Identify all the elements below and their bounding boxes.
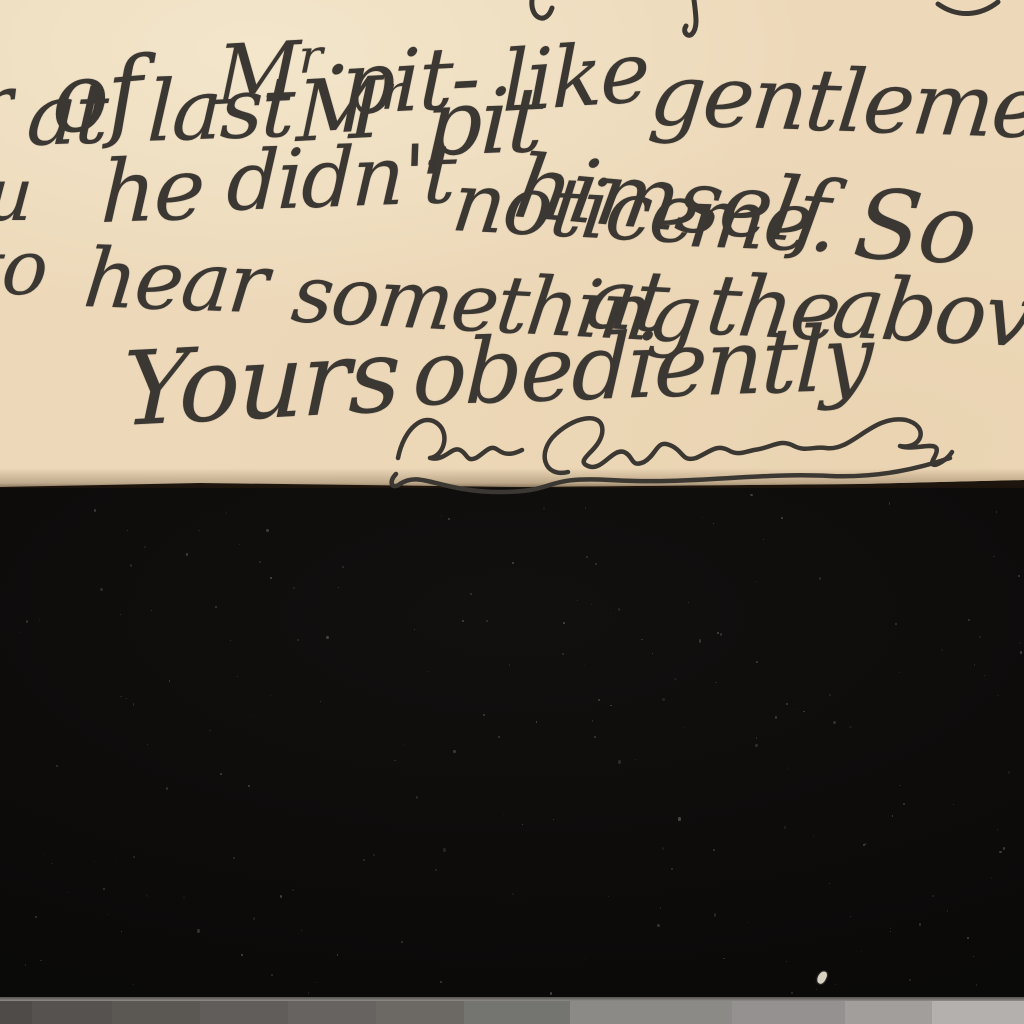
velvet-texture-speck — [585, 958, 586, 959]
velvet-texture-speck — [932, 895, 934, 897]
velvet-texture-speck — [337, 954, 338, 955]
velvet-texture-speck — [550, 992, 552, 995]
velvet-texture-speck — [973, 956, 974, 957]
velvet-texture-speck — [253, 917, 255, 920]
velvet-texture-speck — [543, 507, 545, 510]
velvet-texture-speck — [121, 931, 122, 932]
velvet-texture-speck — [470, 593, 472, 595]
velvet-texture-speck — [132, 984, 133, 985]
velvet-texture-speck — [657, 924, 659, 927]
velvet-texture-speck — [586, 556, 588, 558]
velvet-texture-speck — [997, 695, 999, 697]
velvet-texture-speck — [292, 889, 293, 891]
velvet-texture-speck — [197, 929, 199, 932]
velvet-texture-speck — [108, 914, 110, 915]
velvet-texture-speck — [608, 896, 609, 897]
velvet-texture-speck — [702, 517, 703, 519]
velvet-texture-speck — [486, 620, 488, 622]
velvet-texture-speck — [953, 804, 954, 805]
velvet-texture-speck — [453, 750, 456, 753]
velvet-texture-speck — [699, 639, 701, 642]
velvet-texture-speck — [797, 709, 798, 710]
velvet-texture-speck — [974, 664, 975, 666]
velvet-texture-speck — [584, 664, 585, 665]
velvet-texture-speck — [919, 923, 922, 927]
velvet-texture-speck — [441, 515, 443, 517]
gray-step — [112, 1001, 200, 1024]
velvet-texture-speck — [338, 587, 339, 588]
velvet-texture-speck — [67, 892, 69, 893]
velvet-texture-speck — [577, 600, 578, 602]
velvet-texture-speck — [215, 606, 217, 608]
velvet-texture-speck — [266, 529, 268, 532]
velvet-texture-speck — [443, 848, 445, 851]
velvet-texture-speck — [833, 721, 835, 724]
velvet-texture-speck — [308, 992, 309, 994]
handwriting-word: notice — [448, 162, 701, 256]
velvet-texture-speck — [999, 851, 1001, 853]
velvet-texture-speck — [813, 836, 815, 837]
velvet-texture-speck — [435, 869, 437, 870]
velvet-texture-speck — [1003, 847, 1005, 849]
handwriting-word: Yours — [122, 325, 400, 442]
velvet-texture-speck — [652, 653, 654, 655]
velvet-texture-speck — [947, 910, 949, 912]
velvet-texture-speck — [147, 744, 148, 745]
velvet-texture-speck — [342, 566, 344, 568]
velvet-texture-speck — [662, 847, 664, 849]
velvet-texture-speck — [414, 629, 415, 630]
velvet-texture-speck — [363, 859, 365, 861]
velvet-texture-speck — [717, 632, 719, 634]
velvet-texture-speck — [903, 803, 905, 805]
velvet-texture-speck — [750, 494, 752, 496]
velvet-texture-speck — [747, 922, 748, 923]
velvet-texture-speck — [585, 507, 586, 509]
gray-step — [932, 1001, 1024, 1024]
velvet-texture-speck — [20, 632, 21, 633]
velvet-texture-speck — [803, 711, 805, 712]
velvet-texture-speck — [416, 796, 418, 799]
handwriting-word: gentlemen — [646, 52, 1024, 153]
velvet-texture-speck — [503, 814, 504, 816]
velvet-texture-speck — [592, 720, 594, 722]
velvet-texture-speck — [713, 849, 714, 851]
velvet-texture-speck — [684, 727, 685, 729]
velvet-texture-speck — [849, 726, 851, 728]
velvet-texture-speck — [618, 608, 620, 610]
velvet-texture-speck — [618, 760, 620, 763]
velvet-texture-speck — [130, 564, 132, 566]
velvet-texture-speck — [401, 941, 403, 943]
velvet-texture-speck — [835, 984, 836, 985]
handwriting-word: r — [0, 65, 14, 148]
velvet-texture-speck — [103, 888, 105, 890]
velvet-texture-speck — [536, 721, 537, 722]
velvet-texture-speck — [720, 633, 722, 636]
velvet-texture-speck — [993, 556, 995, 557]
velvet-texture-speck — [1008, 771, 1011, 774]
handwriting-word: me. — [684, 178, 839, 265]
velvet-texture-speck — [440, 981, 441, 983]
velvet-texture-speck — [786, 961, 787, 962]
velvet-texture-speck — [394, 760, 396, 761]
velvet-texture-speck — [35, 916, 37, 918]
velvet-texture-speck — [94, 861, 95, 862]
velvet-texture-speck — [755, 581, 756, 582]
velvet-texture-speck — [116, 858, 117, 859]
gray-step — [32, 1001, 112, 1024]
velvet-texture-speck — [714, 913, 716, 916]
velvet-texture-speck — [890, 931, 891, 933]
velvet-texture-speck — [509, 664, 510, 666]
velvet-texture-speck — [248, 785, 250, 787]
velvet-texture-speck — [151, 610, 152, 611]
velvet-texture-speck — [144, 546, 146, 547]
velvet-texture-speck — [498, 736, 500, 738]
velvet-texture-speck — [166, 787, 168, 790]
velvet-texture-speck — [239, 544, 240, 545]
velvet-texture-speck — [241, 954, 243, 956]
velvet-texture-speck — [976, 984, 977, 985]
handwriting-word: u — [0, 158, 34, 232]
velvet-texture-speck — [674, 678, 676, 680]
velvet-texture-speck — [186, 553, 189, 556]
velvet-texture-speck — [660, 907, 662, 909]
velvet-texture-speck — [522, 824, 523, 825]
velvet-texture-speck — [1019, 642, 1021, 644]
velvet-texture-speck — [791, 992, 794, 995]
velvet-texture-speck — [850, 916, 851, 917]
velvet-texture-speck — [899, 672, 900, 673]
velvet-texture-speck — [237, 676, 238, 677]
velvet-texture-speck — [610, 613, 611, 614]
handwriting-word: hear — [80, 238, 270, 326]
velvet-texture-speck — [301, 930, 302, 931]
velvet-texture-speck — [133, 703, 135, 705]
velvet-texture-speck — [127, 530, 128, 531]
velvet-texture-speck — [126, 698, 127, 700]
velvet-texture-speck — [169, 680, 170, 682]
velvet-texture-speck — [715, 682, 716, 684]
velvet-texture-speck — [483, 714, 485, 716]
velvet-texture-speck — [209, 730, 210, 731]
velvet-texture-speck — [861, 951, 862, 952]
velvet-texture-speck — [909, 979, 911, 981]
grayscale-calibration-strip — [0, 1001, 1024, 1024]
velvet-texture-speck — [56, 765, 58, 768]
velvet-texture-speck — [763, 539, 764, 540]
handwriting-word: to — [0, 230, 49, 306]
velvet-texture-speck — [610, 705, 612, 707]
velvet-texture-speck — [230, 640, 231, 641]
velvet-texture-speck — [120, 614, 121, 615]
gray-step — [376, 1001, 464, 1024]
velvet-texture-speck — [864, 843, 866, 845]
velvet-texture-speck — [819, 577, 821, 580]
velvet-texture-speck — [895, 623, 897, 625]
velvet-texture-speck — [233, 857, 235, 859]
velvet-texture-speck — [756, 661, 758, 663]
gray-step — [570, 1001, 732, 1024]
velvet-texture-speck — [120, 696, 121, 697]
velvet-texture-speck — [326, 636, 328, 638]
photo-of-letter: rofMʳ·pit-likegentlemenat lastMʳpithimse… — [0, 0, 1024, 1024]
velvet-texture-speck — [775, 716, 777, 719]
velvet-texture-speck — [320, 701, 321, 702]
velvet-texture-speck — [250, 716, 251, 717]
velvet-texture-speck — [781, 517, 782, 519]
velvet-texture-speck — [786, 703, 788, 705]
velvet-texture-speck — [133, 856, 135, 858]
velvet-texture-speck — [26, 620, 28, 623]
velvet-texture-speck — [94, 509, 96, 512]
velvet-texture-speck — [984, 675, 985, 677]
handwriting-word: he — [99, 146, 204, 236]
velvet-texture-speck — [889, 502, 891, 505]
velvet-texture-speck — [40, 960, 42, 962]
velvet-texture-speck — [512, 893, 514, 895]
velvet-texture-speck — [100, 588, 103, 591]
handwriting-word: obediently — [411, 314, 872, 420]
velvet-texture-speck — [462, 620, 464, 621]
gray-step — [288, 1001, 376, 1024]
velvet-texture-speck — [598, 699, 600, 702]
velvet-texture-speck — [220, 773, 222, 775]
velvet-texture-speck — [996, 511, 998, 513]
velvet-texture-speck — [635, 759, 636, 760]
velvet-texture-speck — [293, 587, 295, 589]
velvet-texture-speck — [259, 561, 260, 563]
velvet-texture-speck — [271, 974, 273, 976]
velvet-texture-speck — [512, 562, 515, 564]
velvet-texture-speck — [829, 883, 830, 885]
velvet-texture-speck — [784, 826, 786, 829]
velvet-texture-speck — [562, 653, 564, 655]
velvet-texture-speck — [51, 863, 52, 864]
handwriting: rofMʳ·pit-likegentlemenat lastMʳpithimse… — [0, 0, 1024, 489]
velvet-texture-speck — [225, 512, 227, 514]
velvet-texture-speck — [641, 639, 643, 641]
velvet-texture-speck — [183, 896, 185, 898]
velvet-texture-speck — [270, 577, 271, 579]
velvet-texture-speck — [967, 937, 969, 939]
velvet-texture-speck — [787, 767, 788, 768]
velvet-texture-speck — [671, 868, 673, 871]
velvet-texture-speck — [1018, 575, 1019, 576]
velvet-texture-speck — [941, 649, 943, 652]
velvet-texture-speck — [146, 894, 148, 897]
velvet-texture-speck — [713, 523, 714, 525]
velvet-texture-speck — [997, 829, 998, 830]
velvet-texture-speck — [427, 671, 428, 672]
velvet-texture-speck — [899, 785, 900, 786]
velvet-texture-speck — [594, 736, 596, 738]
gray-step — [200, 1001, 288, 1024]
gray-step — [464, 1001, 570, 1024]
velvet-texture-speck — [816, 989, 817, 990]
velvet-texture-speck — [198, 530, 200, 531]
velvet-texture-speck — [662, 698, 664, 701]
velvet-texture-speck — [315, 982, 316, 983]
gray-step — [845, 1001, 932, 1024]
velvet-texture-speck — [829, 694, 831, 696]
velvet-texture-speck — [595, 563, 597, 565]
velvet-texture-speck — [563, 622, 565, 624]
velvet-texture-speck — [968, 619, 969, 620]
handwriting-word: didn't — [225, 134, 455, 224]
velvet-texture-speck — [756, 737, 758, 739]
velvet-texture-speck — [688, 602, 689, 603]
velvet-texture-speck — [280, 895, 282, 898]
velvet-texture-speck — [1020, 651, 1022, 654]
velvet-texture-speck — [297, 639, 299, 641]
velvet-texture-speck — [39, 618, 41, 620]
velvet-texture-speck — [678, 817, 680, 821]
velvet-texture-speck — [890, 928, 891, 929]
velvet-texture-speck — [25, 964, 26, 966]
gray-step — [0, 1001, 32, 1024]
velvet-texture-speck — [979, 636, 980, 637]
velvet-texture-speck — [43, 854, 44, 856]
velvet-texture-speck — [448, 518, 450, 519]
velvet-texture-speck — [591, 604, 592, 605]
gray-step — [732, 1001, 845, 1024]
velvet-texture-speck — [373, 854, 375, 856]
velvet-texture-speck — [553, 819, 554, 820]
velvet-texture-speck — [755, 744, 757, 747]
velvet-texture-speck — [270, 695, 271, 697]
velvet-texture-speck — [723, 958, 725, 960]
velvet-texture-speck — [991, 877, 992, 878]
velvet-texture-speck — [403, 744, 404, 746]
velvet-texture-speck — [892, 815, 893, 816]
